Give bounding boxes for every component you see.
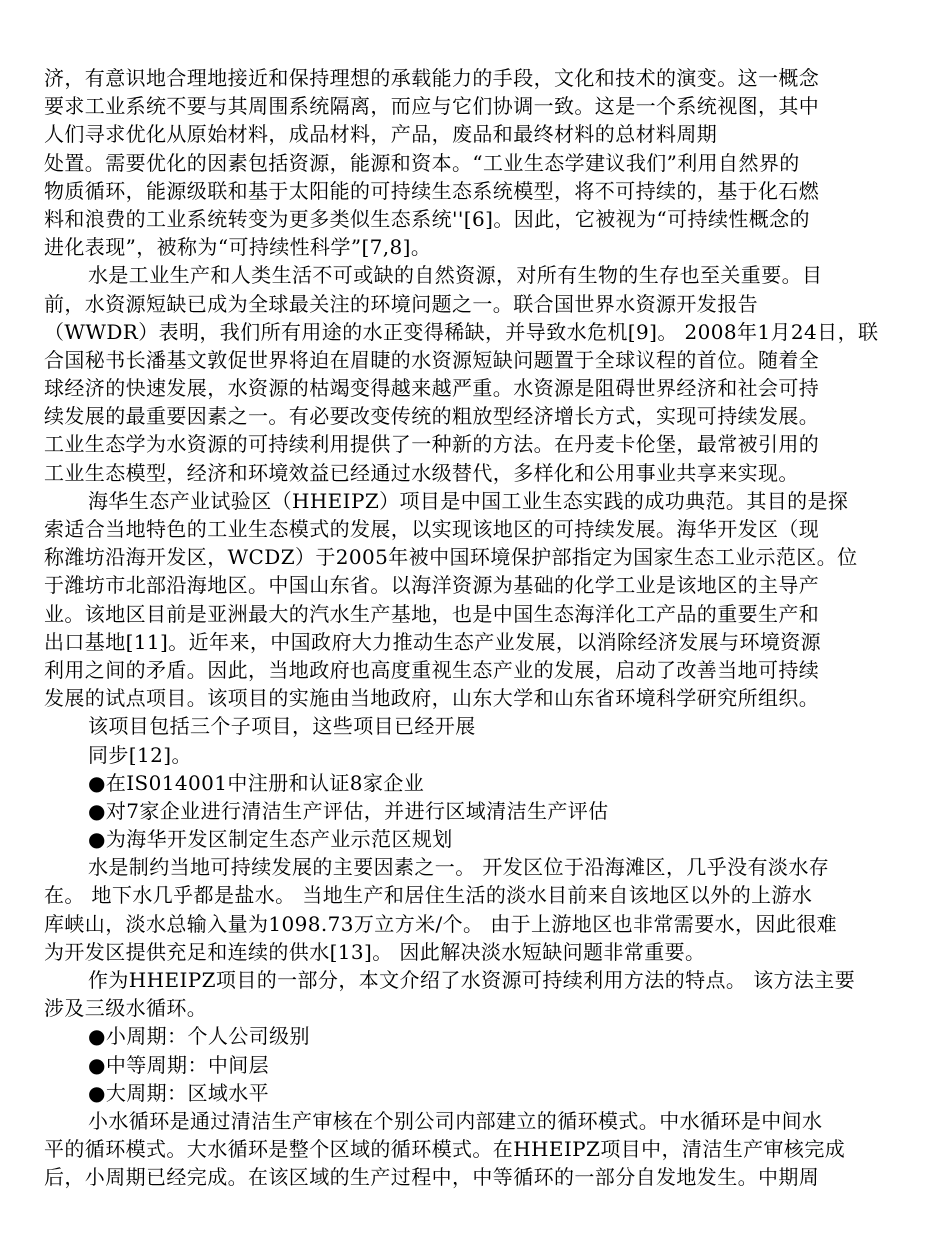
- text-line-4: 处置。需要优化的因素包括资源，能源和资本。“工业生态学建议我们”利用自然界的: [44, 149, 884, 177]
- paragraph-start-hheipz: 海华生态产业试验区（HHEIPZ）项目是中国工业生态实践的成功典范。其目的是探: [44, 487, 884, 515]
- text-line-40: 后，小周期已经完成。在该区域的生产过程中，中等循环的一部分自发地发生。中期周: [44, 1163, 884, 1191]
- text-line-1: 济，有意识地合理地接近和保持理想的承载能力的手段，文化和技术的演变。这一概念: [44, 64, 884, 92]
- bullet-item-iso14001: ●在IS014001中注册和认证8家企业: [44, 769, 884, 797]
- text-line-22: 利用之间的矛盾。因此，当地政府也高度重视生态产业的发展，启动了改善当地可持续: [44, 656, 884, 684]
- text-line-3: 人们寻求优化从原始材料，成品材料，产品，废品和最终材料的总材料周期: [44, 120, 884, 148]
- text-line-23: 发展的试点项目。该项目的实施由当地政府，山东大学和山东省环境科学研究所组织。: [44, 684, 884, 712]
- paragraph-start-water-constraint: 水是制约当地可持续发展的主要因素之一。 开发区位于沿海滩区，几乎没有淡水存: [44, 853, 884, 881]
- text-line-17: 索适合当地特色的工业生态模式的发展，以实现该地区的可持续发展。海华开发区（现: [44, 515, 884, 543]
- text-line-19: 于潍坊市北部沿海地区。中国山东省。以海洋资源为基础的化学工业是该地区的主导产: [44, 571, 884, 599]
- bullet-item-medium-cycle: ●中等周期：中间层: [44, 1051, 884, 1079]
- bullet-item-small-cycle: ●小周期：个人公司级别: [44, 1022, 884, 1050]
- bullet-item-cleaner-production: ●对7家企业进行清洁生产评估，并进行区域清洁生产评估: [44, 797, 884, 825]
- text-line-11: 合国秘书长潘基文敦促世界将迫在眉睫的水资源短缺问题置于全球议程的首位。随着全: [44, 346, 884, 374]
- paragraph-start-cycles: 小水循环是通过清洁生产审核在个别公司内部建立的循环模式。中水循环是中间水: [44, 1107, 884, 1135]
- document-page: 济，有意识地合理地接近和保持理想的承载能力的手段，文化和技术的演变。这一概念 要…: [44, 64, 884, 1192]
- text-line-25: 同步[12]。: [44, 741, 884, 769]
- text-line-9: 前，水资源短缺已成为全球最关注的环境问题之一。联合国世界水资源开发报告: [44, 290, 884, 318]
- text-line-14: 工业生态学为水资源的可持续利用提供了一种新的方法。在丹麦卡伦堡，最常被引用的: [44, 430, 884, 458]
- text-line-13: 续发展的最重要因素之一。有必要改变传统的粗放型经济增长方式，实现可持续发展。: [44, 402, 884, 430]
- text-line-21: 出口基地[11]。近年来，中国政府大力推动生态产业发展，以消除经济发展与环境资源: [44, 628, 884, 656]
- paragraph-start-method: 作为HHEIPZ项目的一部分，本文介绍了水资源可持续利用方法的特点。 该方法主要: [44, 966, 884, 994]
- bullet-item-eco-park-plan: ●为海华开发区制定生态产业示范区规划: [44, 825, 884, 853]
- text-line-5: 物质循环，能源级联和基于太阳能的可持续生态系统模型，将不可持续的，基于化石燃: [44, 177, 884, 205]
- text-line-15: 工业生态模型，经济和环境效益已经通过水级替代，多样化和公用事业共享来实现。: [44, 459, 884, 487]
- paragraph-start-subprojects: 该项目包括三个子项目，这些项目已经开展: [44, 712, 884, 740]
- text-line-2: 要求工业系统不要与其周围系统隔离，而应与它们协调一致。这是一个系统视图，其中: [44, 92, 884, 120]
- paragraph-start-water-resources: 水是工业生产和人类生活不可或缺的自然资源，对所有生物的生存也至关重要。目: [44, 261, 884, 289]
- text-line-6: 料和浪费的工业系统转变为更多类似生态系统''[6]。因此，它被视为“可持续性概念…: [44, 205, 884, 233]
- text-line-30: 在。 地下水几乎都是盐水。 当地生产和居住生活的淡水目前来自该地区以外的上游水: [44, 881, 884, 909]
- text-line-7: 进化表现”，被称为“可持续性科学”[7,8]。: [44, 233, 884, 261]
- bullet-item-large-cycle: ●大周期：区域水平: [44, 1079, 884, 1107]
- text-line-20: 业。该地区目前是亚洲最大的汽水生产基地，也是中国生态海洋化工产品的重要生产和: [44, 600, 884, 628]
- text-line-10: （WWDR）表明，我们所有用途的水正变得稀缺，并导致水危机[9]。 2008年1…: [44, 318, 884, 346]
- text-line-18: 称潍坊沿海开发区，WCDZ）于2005年被中国环境保护部指定为国家生态工业示范区…: [44, 543, 884, 571]
- text-line-31: 库峡山，淡水总输入量为1098.73万立方米/个。 由于上游地区也非常需要水，因…: [44, 910, 884, 938]
- text-line-34: 涉及三级水循环。: [44, 994, 884, 1022]
- text-line-32: 为开发区提供充足和连续的供水[13]。 因此解决淡水短缺问题非常重要。: [44, 938, 884, 966]
- text-line-12: 球经济的快速发展，水资源的枯竭变得越来越严重。水资源是阻碍世界经济和社会可持: [44, 374, 884, 402]
- text-line-39: 平的循环模式。大水循环是整个区域的循环模式。在HHEIPZ项目中，清洁生产审核完…: [44, 1135, 884, 1163]
